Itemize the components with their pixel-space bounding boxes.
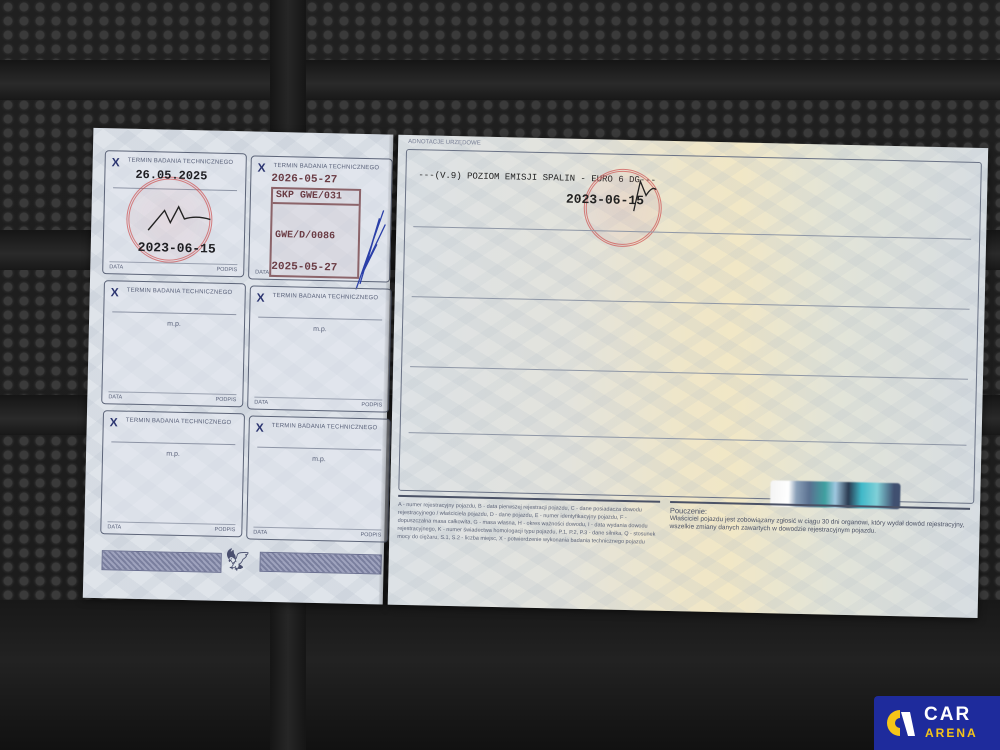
date-label: Data	[254, 400, 268, 406]
inspection-box-3: X Termin badania technicznego m.p. Data …	[101, 280, 246, 407]
inspection-box-1: X Termin badania technicznego 26.05.2025…	[102, 150, 247, 277]
box-title: Termin badania technicznego	[274, 163, 380, 171]
x-marker: X	[112, 155, 120, 169]
x-marker: X	[110, 415, 118, 429]
inspection-page: X Termin badania technicznego 26.05.2025…	[83, 128, 394, 605]
mat-groove	[0, 60, 1000, 100]
signature-label: Podpis	[360, 532, 381, 538]
x-marker: X	[111, 285, 119, 299]
security-band-left	[101, 550, 221, 573]
date-label: Data	[255, 270, 269, 276]
x-marker: X	[256, 291, 264, 305]
diagnostician-code: GWE/D/0086	[272, 204, 359, 243]
stamp-due-date: 2026-05-27	[271, 173, 337, 186]
signature-label: Podpis	[361, 402, 382, 408]
box-title: Termin badania technicznego	[272, 423, 378, 431]
x-marker: X	[256, 421, 264, 435]
inspection-box-4: X Termin badania technicznego m.p. Data …	[247, 285, 392, 412]
signature-icon	[144, 200, 215, 238]
signature-icon	[628, 175, 659, 216]
logo-text-arena: ARENA	[925, 726, 978, 740]
date-label: Data	[109, 264, 123, 270]
blue-signature-icon	[352, 204, 390, 295]
mp-label: m.p.	[249, 454, 389, 464]
box-title: Termin badania technicznego	[273, 293, 379, 301]
box-title: Termin badania technicznego	[128, 158, 234, 166]
field-legend: A - numer rejestracyjny pojazdu, B - dat…	[396, 495, 660, 587]
annotations-page: Adnotacje urzędowe ---(V.9) POZIOM EMISJ…	[388, 135, 989, 618]
car-arena-logo: CAR ARENA	[874, 696, 1000, 750]
inspection-box-6: X Termin badania technicznego m.p. Data …	[246, 415, 391, 542]
mp-label: m.p.	[103, 449, 243, 459]
car-arena-logo-icon	[886, 708, 916, 738]
signature-label: Podpis	[214, 527, 235, 533]
x-marker: X	[257, 161, 265, 175]
signature-label: Podpis	[215, 397, 236, 403]
signature-label: Podpis	[216, 267, 237, 273]
box-title: Termin badania technicznego	[126, 418, 232, 426]
logo-text-car: CAR	[924, 704, 971, 726]
official-annotations-header: Adnotacje urzędowe	[408, 139, 481, 147]
mp-label: m.p.	[250, 324, 390, 334]
stamp-date: 2023-06-15	[138, 240, 216, 257]
box-title: Termin badania technicznego	[127, 288, 233, 296]
typed-due-date: 26.05.2025	[135, 168, 207, 184]
notice-section: Pouczenie: Właściciel pojazdu jest zobow…	[669, 501, 970, 538]
date-label: Data	[253, 530, 267, 536]
inspection-box-5: X Termin badania technicznego m.p. Data …	[100, 410, 245, 537]
date-label: Data	[108, 394, 122, 400]
security-band-right	[259, 552, 381, 575]
date-label: Data	[107, 524, 121, 530]
mp-label: m.p.	[104, 319, 244, 329]
stamp-date: 2025-05-27	[271, 261, 337, 274]
registration-document: X Termin badania technicznego 26.05.2025…	[83, 128, 993, 618]
mat-groove	[0, 600, 1000, 750]
annotations-frame: ---(V.9) POZIOM EMISJI SPALIN - EURO 6 D…	[398, 149, 982, 504]
polish-eagle-emblem-icon: 🦅︎	[223, 549, 251, 572]
